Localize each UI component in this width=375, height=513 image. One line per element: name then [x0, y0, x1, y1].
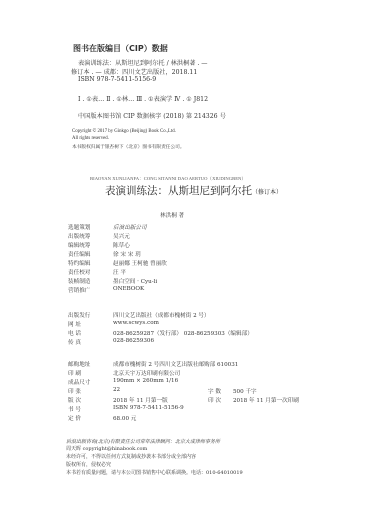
- credit-value: 吴兴元: [113, 232, 130, 240]
- credit-label: 选题策划: [68, 223, 106, 231]
- copyright-line-1: Copyright © 2017 by Ginkgo (Beijing) Boo…: [72, 129, 176, 134]
- credit-value: 墨白空间 · Cyu-li: [113, 277, 157, 285]
- spec-value: 2018 年 11 月第一版: [113, 396, 168, 404]
- spec-label: 书 号: [68, 405, 106, 413]
- credit-label: 装帧制造: [68, 277, 106, 285]
- spec-value: 2018 年 11 月第一次印刷: [233, 396, 299, 404]
- spec-value: 500 千字: [233, 387, 257, 395]
- credit-value: 陈草心: [113, 241, 130, 249]
- spec-value: 22: [113, 387, 120, 393]
- publisher-label: 传 真: [68, 338, 106, 346]
- cip-line-1: 表演训练法：从斯坦尼到阿尔托 / 林洪桐著 . —: [78, 58, 207, 67]
- credit-value: ONEBOOK: [113, 286, 144, 292]
- spec-label: 邮购地址: [68, 360, 106, 368]
- spec-label: 成品尺寸: [68, 378, 106, 386]
- spec-label: 版 次: [68, 396, 106, 404]
- book-title-edition: （修订本）: [252, 189, 282, 196]
- title-pinyin: BIAOYAN XUNLIANFA：CONG SITANNI DAO AERTU…: [90, 176, 246, 182]
- copyright-line-3: 本书版权归属于银杏树下（北京）图书有限责任公司。: [72, 144, 185, 150]
- cip-line-classification: Ⅰ . ①表… Ⅱ . ①林… Ⅲ . ①表演学 Ⅳ . ① J812: [78, 94, 208, 103]
- footer-quality: 本书若有质量问题，请与本公司图书销售中心联系调换。电话：010-64010019: [66, 469, 243, 476]
- credit-label: 营销推广: [68, 286, 106, 294]
- spec-label: 定 价: [68, 414, 106, 422]
- footer-contact: 周天晖 copyright@hinabook.com: [66, 445, 147, 452]
- spec-value: ISBN 978-7-5411-5156-9: [113, 405, 184, 411]
- spec-value: 成都市槐树街 2 号四川文艺出版社邮购部 610031: [113, 360, 238, 368]
- website-link[interactable]: www.scwys.com: [113, 320, 159, 326]
- credit-label: 特约编辑: [68, 259, 106, 267]
- footer-permission: 未经许可，不得以任何方式复制或抄袭本书部分或全部内容: [66, 453, 196, 460]
- book-title: 表演训练法：从斯坦尼到阿尔托（修订本）: [105, 183, 282, 198]
- cip-line-2: 修订本 . — 成都：四川文艺出版社，2018.11: [71, 67, 197, 76]
- spec-label: 印 张: [68, 387, 106, 395]
- footer-rights: 版权所有，侵权必究: [66, 461, 111, 468]
- spec-value: 190mm × 260mm 1/16: [113, 378, 178, 384]
- copyright-line-2: All rights reserved.: [72, 136, 109, 141]
- footer-legal-counsel: 后浪出版咨询(北京)有限责任公司常年法律顾问：北京大成律师事务所: [66, 438, 220, 445]
- credit-label: 出版统筹: [68, 232, 106, 240]
- spec-value: 68.00 元: [113, 414, 136, 422]
- cip-line-isbn: ISBN 978-7-5411-5156-9: [78, 76, 156, 83]
- credit-value: 徐 宋 宋 玥: [113, 250, 141, 258]
- publisher-label: 电 话: [68, 329, 106, 337]
- book-title-main: 表演训练法：从斯坦尼到阿尔托: [105, 185, 252, 197]
- spec-value: 北京天宇万达印刷有限公司: [113, 369, 180, 377]
- cip-line-cip-number: 中国版本图书馆 CIP 数据核字 (2018) 第 214326 号: [78, 111, 226, 120]
- author: 林洪桐 著: [160, 211, 184, 219]
- spec-label: 印 刷: [68, 369, 106, 377]
- publisher-label: 出版发行: [68, 311, 106, 319]
- publisher-value: 028-86259287（发行部） 028-86259303（编辑部）: [113, 329, 253, 337]
- credit-value: 赵丽娜 王柯驰 曾丽欣: [113, 259, 167, 267]
- credit-label: 编辑统筹: [68, 241, 106, 249]
- credit-label: 责任编辑: [68, 250, 106, 258]
- publisher-value: 四川文艺出版社（成都市槐树街 2 号）: [113, 311, 210, 319]
- publisher-value: 028-86259306: [113, 338, 154, 344]
- credit-label: 责任校对: [68, 268, 106, 276]
- publisher-label: 网 址: [68, 320, 106, 328]
- credit-value: 汪 平: [113, 268, 126, 276]
- cip-heading: 图书在版编目（CIP）数据: [73, 43, 168, 54]
- credit-value: 后浪出版公司: [113, 223, 147, 231]
